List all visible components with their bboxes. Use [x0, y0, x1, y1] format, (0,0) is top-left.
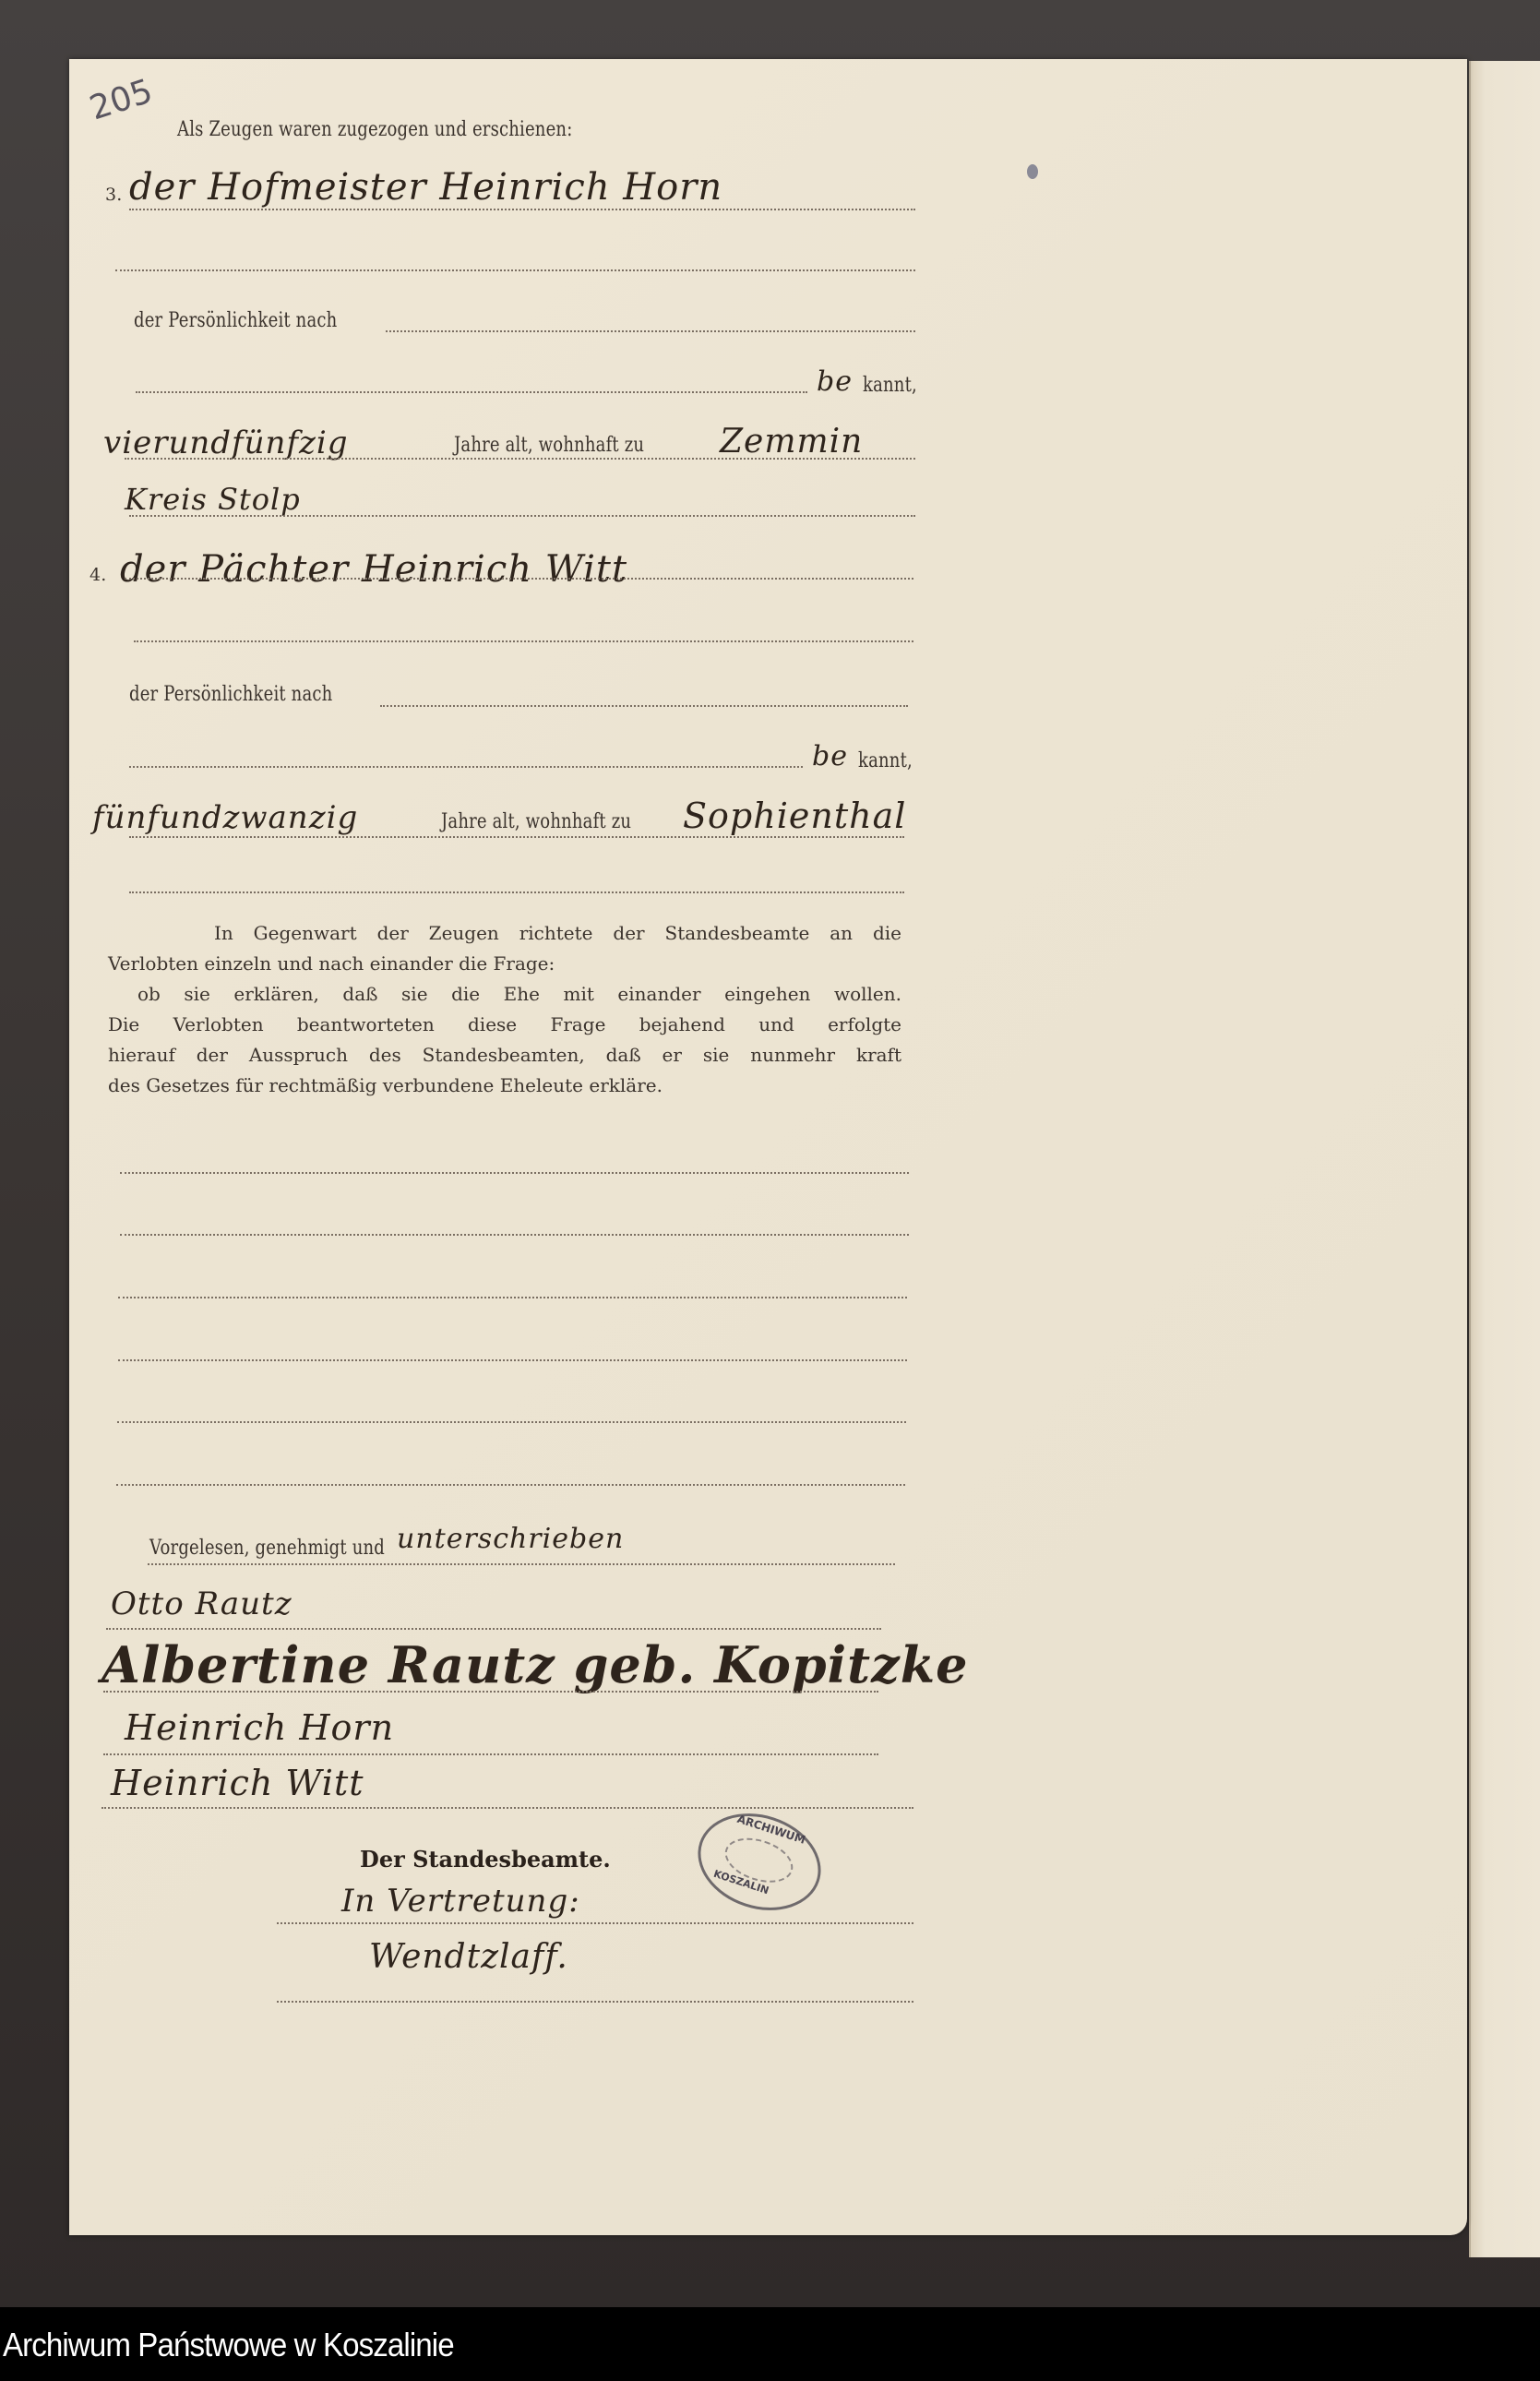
facing-page-edge [1469, 61, 1540, 2257]
witness-3-age: vierundfünfzig [103, 425, 349, 461]
signature-bride: Albertine Rautz geb. Kopitzke [101, 1635, 969, 1694]
ceremony-paragraph: In Gegenwart der Zeugen richtete der Sta… [108, 918, 901, 1101]
signature-witness-3: Heinrich Horn [125, 1707, 394, 1748]
dotted-line [277, 2001, 913, 2003]
ceremony-line: In Gegenwart der Zeugen richtete der Sta… [108, 918, 901, 949]
ceremony-line: Verlobten einzeln und nach einander die … [108, 949, 901, 979]
dotted-line [386, 330, 915, 332]
dotted-line [120, 1172, 909, 1174]
closing-label: Vorgelesen, genehmigt und [149, 1537, 385, 1560]
witness-4-identity-label: der Persönlichkeit nach [129, 683, 332, 706]
dotted-line [129, 766, 803, 768]
dotted-line [134, 640, 913, 642]
dotted-line [129, 891, 904, 893]
archive-caption: Archiwum Państwowe w Koszalinie [3, 2326, 454, 2364]
witness-3-residence-line2: Kreis Stolp [125, 482, 301, 517]
witness-4-identity-suffix: kannt, [858, 749, 913, 772]
witness-4-age-label: Jahre alt, wohnhaft zu [441, 810, 631, 833]
dotted-line [103, 1691, 878, 1693]
dotted-line [103, 1753, 878, 1755]
witness-4-entry: der Pächter Heinrich Witt [120, 548, 627, 591]
registrar-title: Der Standesbeamte. [360, 1846, 611, 1872]
ceremony-line: hierauf der Ausspruch des Standesbeamten… [108, 1040, 901, 1071]
dotted-line [148, 1563, 895, 1565]
dotted-line [106, 1628, 881, 1630]
closing-handwritten: unterschrieben [397, 1523, 624, 1555]
witness-3-identity-suffix: kannt, [863, 374, 917, 397]
ceremony-line: ob sie erklären, daß sie die Ehe mit ein… [108, 979, 901, 1010]
dotted-line [129, 836, 904, 838]
witness-4-number: 4. [90, 565, 107, 585]
dotted-line [115, 269, 915, 271]
witness-3-age-label: Jahre alt, wohnhaft zu [454, 434, 644, 457]
dotted-line [116, 1484, 905, 1486]
witness-3-residence: Zemmin [720, 423, 863, 461]
dotted-line [118, 1297, 907, 1298]
witness-4-residence: Sophienthal [683, 796, 906, 836]
signature-groom: Otto Rautz [111, 1585, 292, 1622]
dotted-line [120, 1234, 909, 1236]
registrar-signature-line2: Wendtzlaff. [369, 1938, 568, 1976]
witness-3-identity-label: der Persönlichkeit nach [134, 309, 337, 332]
dotted-line [277, 1922, 913, 1924]
dotted-line [125, 458, 915, 460]
dotted-line [118, 1359, 907, 1361]
ceremony-line: des Gesetzes für rechtmäßig verbundene E… [108, 1071, 901, 1101]
dotted-line [136, 391, 807, 393]
dotted-line [129, 515, 915, 517]
witnesses-heading: Als Zeugen waren zugezogen und erschiene… [177, 118, 572, 141]
ink-blot [1027, 164, 1038, 179]
dotted-line [101, 1807, 913, 1809]
dotted-line [125, 578, 913, 580]
witness-4-age: fünfundzwanzig [92, 799, 358, 836]
dotted-line [380, 705, 908, 707]
dotted-line [117, 1421, 906, 1423]
dotted-line [129, 209, 915, 210]
witness-3-number: 3. [105, 185, 123, 205]
signature-witness-4: Heinrich Witt [111, 1763, 364, 1803]
registrar-signature-line1: In Vertretung: [341, 1883, 580, 1920]
ceremony-line: Die Verlobten beantworteten diese Frage … [108, 1010, 901, 1040]
witness-3-entry: der Hofmeister Heinrich Horn [129, 166, 722, 209]
witness-4-identity-prefix: be [812, 740, 848, 772]
witness-3-identity-prefix: be [817, 365, 853, 398]
